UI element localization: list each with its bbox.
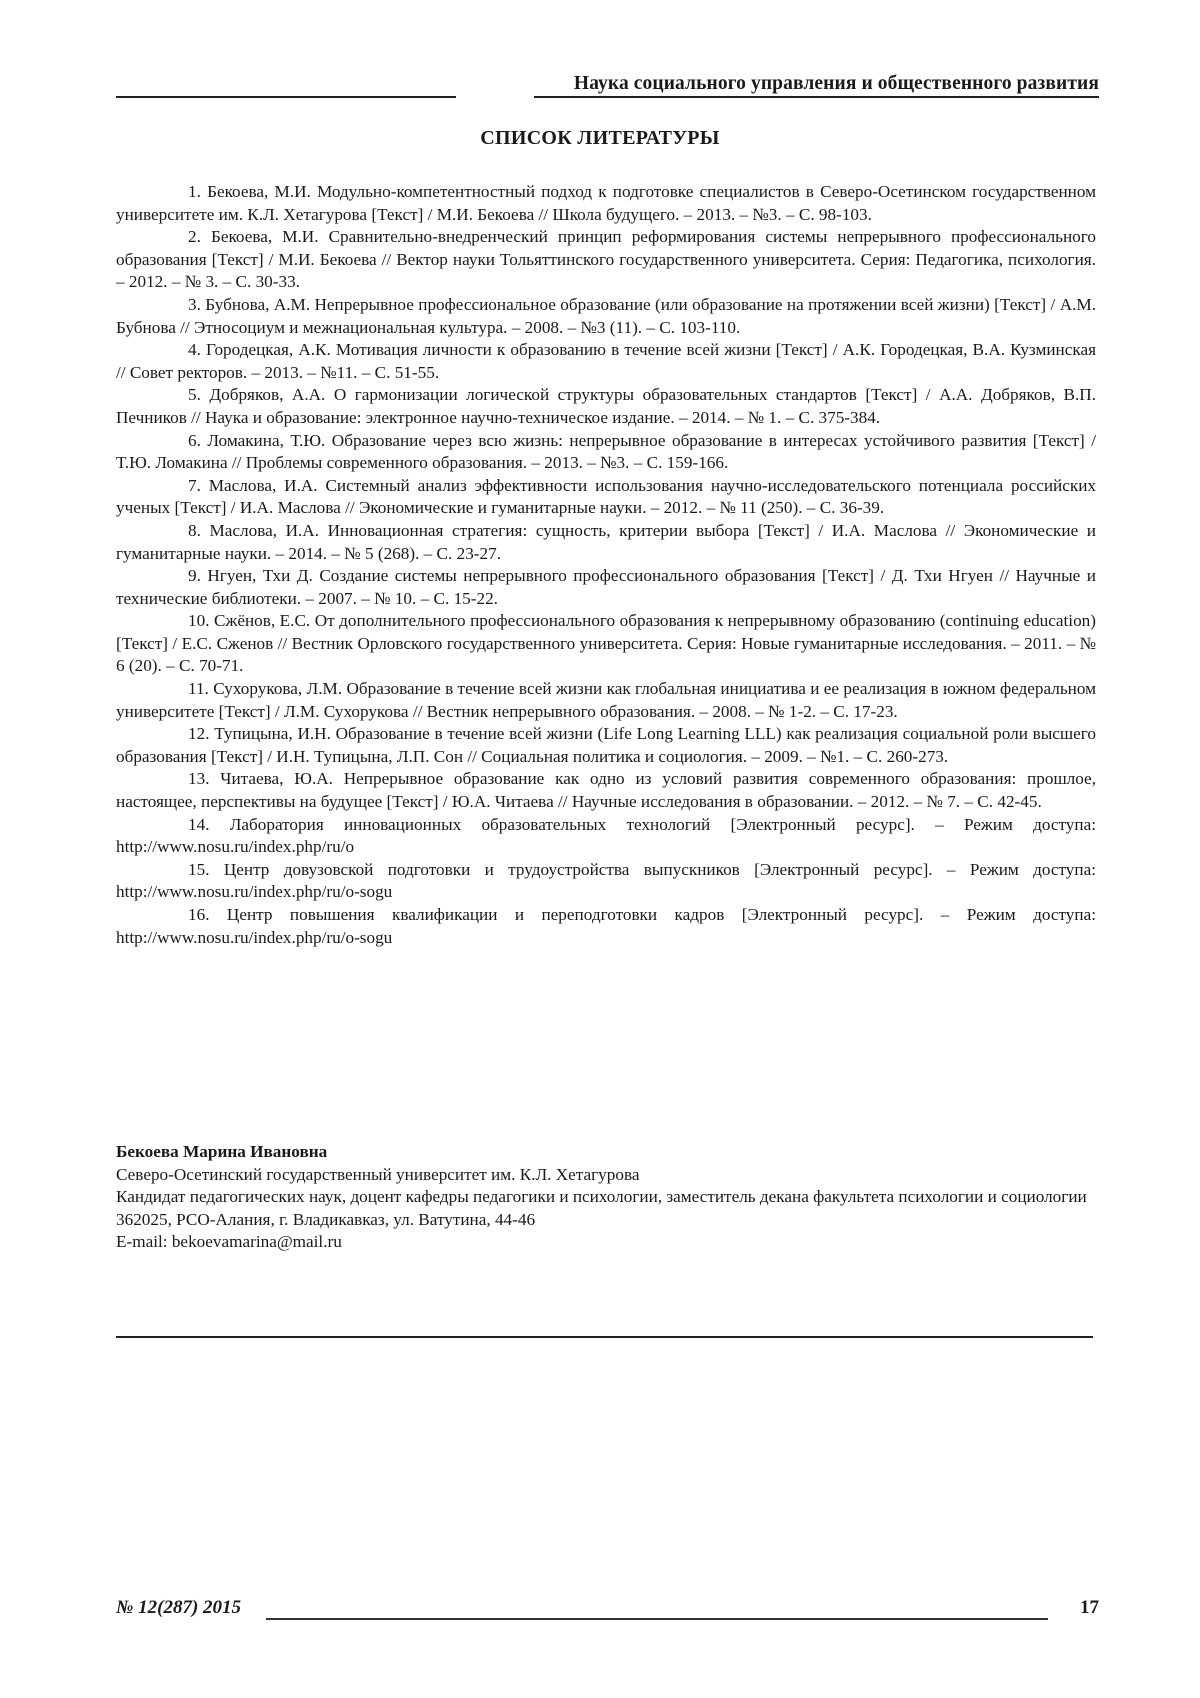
section-title: СПИСОК ЛИТЕРАТУРЫ bbox=[0, 125, 1200, 151]
reference-item: 9. Нгуен, Тхи Д. Создание системы непрер… bbox=[116, 565, 1096, 610]
header-rule bbox=[116, 96, 456, 98]
author-info: Бекоева Марина Ивановна Северо-Осетински… bbox=[116, 1141, 1096, 1254]
author-name: Бекоева Марина Ивановна bbox=[116, 1141, 1096, 1164]
page-footer: № 12(287) 2015 17 bbox=[116, 1596, 1099, 1626]
reference-item: 15. Центр довузовской подготовки и трудо… bbox=[116, 859, 1096, 904]
reference-item: 5. Добряков, А.А. О гармонизации логичес… bbox=[116, 384, 1096, 429]
reference-item: 2. Бекоева, М.И. Сравнительно-внедренчес… bbox=[116, 226, 1096, 294]
author-affiliation: Северо-Осетинский государственный универ… bbox=[116, 1164, 1096, 1187]
issue-number: № 12(287) 2015 bbox=[116, 1596, 241, 1620]
footer-rule bbox=[266, 1618, 1048, 1620]
reference-item: 8. Маслова, И.А. Инновационная стратегия… bbox=[116, 520, 1096, 565]
author-email: E-mail: bekoevamarina@mail.ru bbox=[116, 1231, 1096, 1254]
reference-item: 1. Бекоева, М.И. Модульно-компетентностн… bbox=[116, 181, 1096, 226]
reference-item: 10. Сжёнов, Е.С. От дополнительного проф… bbox=[116, 610, 1096, 678]
reference-item: 12. Тупицына, И.Н. Образование в течение… bbox=[116, 723, 1096, 768]
reference-item: 7. Маслова, И.А. Системный анализ эффект… bbox=[116, 475, 1096, 520]
reference-item: 11. Сухорукова, Л.М. Образование в течен… bbox=[116, 678, 1096, 723]
reference-list: 1. Бекоева, М.И. Модульно-компетентностн… bbox=[116, 181, 1096, 949]
journal-title: Наука социального управления и обществен… bbox=[534, 72, 1099, 98]
reference-item: 16. Центр повышения квалификации и переп… bbox=[116, 904, 1096, 949]
author-address: 362025, РСО-Алания, г. Владикавказ, ул. … bbox=[116, 1209, 1096, 1232]
author-position: Кандидат педагогических наук, доцент каф… bbox=[116, 1186, 1096, 1209]
reference-item: 4. Городецкая, А.К. Мотивация личности к… bbox=[116, 339, 1096, 384]
page-number: 17 bbox=[1080, 1596, 1099, 1620]
reference-item: 13. Читаева, Ю.А. Непрерывное образовани… bbox=[116, 768, 1096, 813]
reference-item: 3. Бубнова, А.М. Непрерывное профессиона… bbox=[116, 294, 1096, 339]
reference-item: 6. Ломакина, Т.Ю. Образование через всю … bbox=[116, 430, 1096, 475]
document-page: Наука социального управления и обществен… bbox=[0, 0, 1200, 1698]
section-divider bbox=[116, 1336, 1093, 1338]
running-header: Наука социального управления и обществен… bbox=[116, 72, 1099, 100]
reference-item: 14. Лаборатория инновационных образовате… bbox=[116, 814, 1096, 859]
